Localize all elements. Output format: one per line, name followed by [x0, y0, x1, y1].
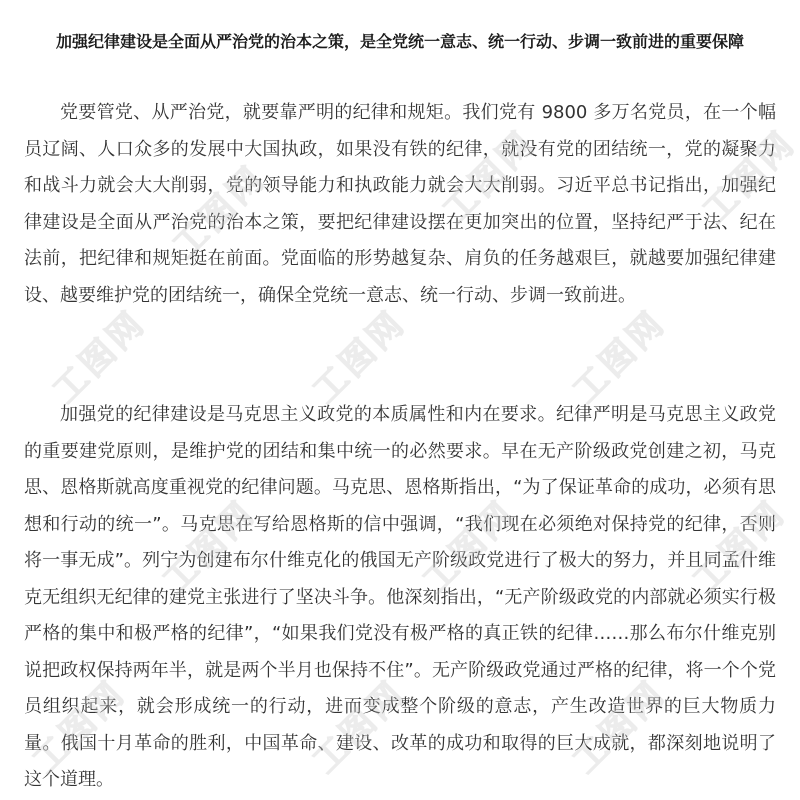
watermark: 工图网 — [559, 297, 674, 412]
document-title: 加强纪律建设是全面从严治党的治本之策，是全党统一意志、统一行动、步调一致前进的重… — [0, 30, 800, 54]
paragraph-2: 加强党的纪律建设是马克思主义政党的本质属性和内在要求。纪律严明是马克思主义政党的… — [24, 397, 776, 799]
paragraph-1: 党要管党、从严治党，就要靠严明的纪律和规矩。我们党有 9800 多万名党员，在一… — [24, 95, 776, 314]
watermark: 工图网 — [299, 297, 414, 412]
document-page: 加强纪律建设是全面从严治党的治本之策，是全党统一意志、统一行动、步调一致前进的重… — [0, 0, 800, 800]
watermark: 工图网 — [39, 297, 154, 412]
